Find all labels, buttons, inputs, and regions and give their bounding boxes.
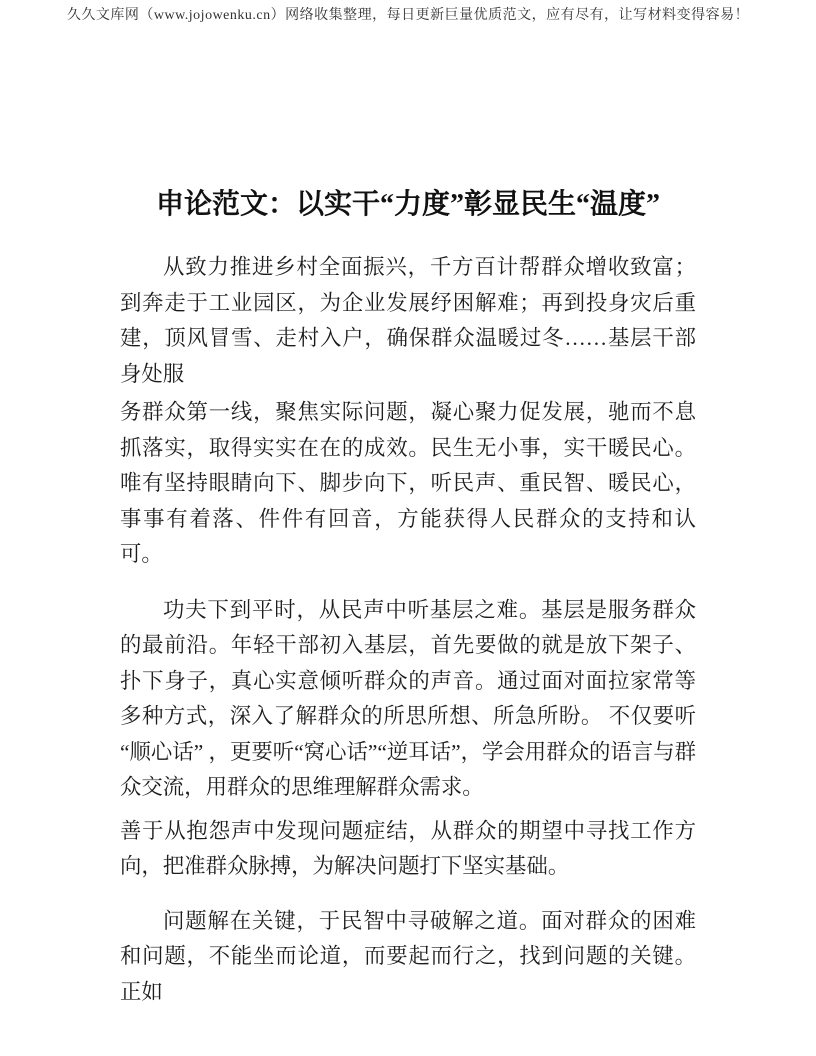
body-paragraph: 务群众第一线，聚焦实际问题，凝心聚力促发展，驰而不息抓落实，取得实实在在的成效。…	[120, 395, 696, 573]
document-page: 久久文库网（www.jojowenku.cn）网络收集整理，每日更新巨量优质范文…	[0, 0, 816, 1056]
document-title: 申论范文：以实干“力度”彰显民生“温度”	[120, 184, 696, 226]
body-paragraph: 问题解在关键，于民智中寻破解之道。面对群众的困难和问题，不能坐而论道，而要起而行…	[120, 904, 696, 1011]
body-paragraph: 功夫下到平时，从民声中听基层之难。基层是服务群众的最前沿。年轻干部初入基层，首先…	[120, 593, 696, 806]
body-paragraph: 从致力推进乡村全面振兴，千方百计帮群众增收致富；到奔走于工业园区，为企业发展纾困…	[120, 250, 696, 392]
site-watermark-notice: 久久文库网（www.jojowenku.cn）网络收集整理，每日更新巨量优质范文…	[0, 0, 816, 26]
document-content: 申论范文：以实干“力度”彰显民生“温度” 从致力推进乡村全面振兴，千方百计帮群众…	[120, 184, 696, 1010]
body-paragraph: 善于从抱怨声中发现问题症结，从群众的期望中寻找工作方向，把准群众脉搏，为解决问题…	[120, 814, 696, 885]
